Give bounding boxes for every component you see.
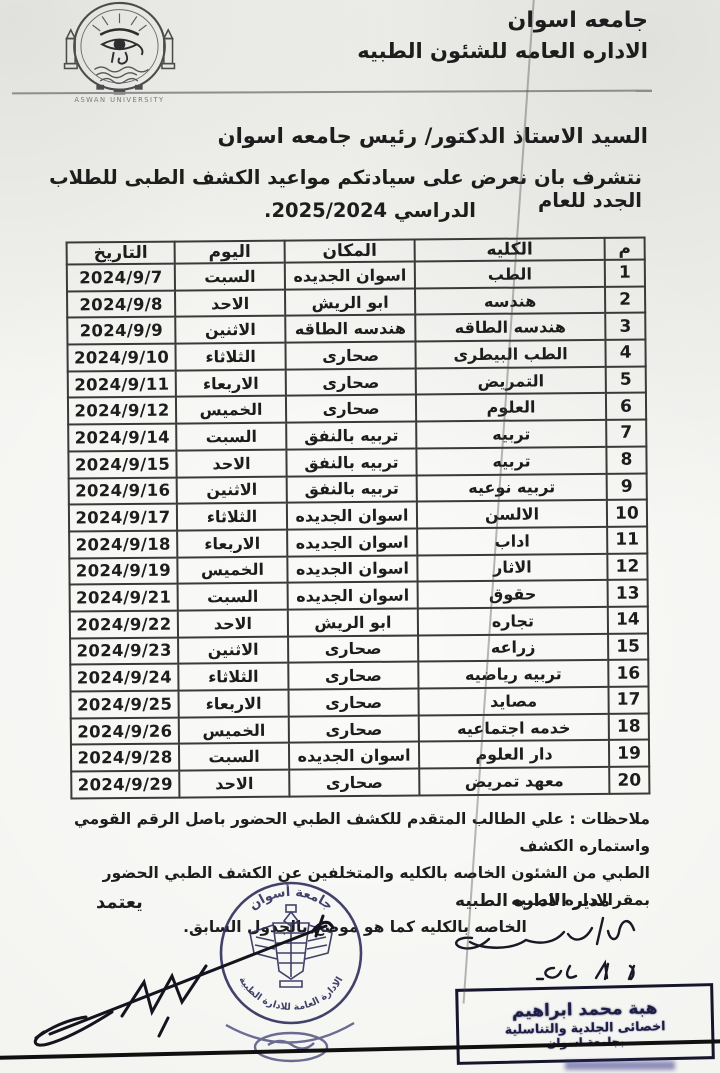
day-cell: الخميس [179,716,289,744]
row-number-cell: 11 [607,526,647,553]
row-number-cell: 15 [608,633,648,660]
letter-body-line2: الدراسي 2025/2024. [250,199,490,222]
scanned-letter-page: { "header": { "org_line1": "جامعه اسوان"… [0,0,720,1073]
row-number-cell: 13 [608,580,648,607]
row-number-cell: 10 [607,500,647,527]
college-cell: تجاره [418,607,608,635]
college-cell: خدمه اجتماعيه [419,714,609,742]
col-header-college: الكليه [415,238,605,262]
date-cell: 2024/9/19 [69,557,177,585]
row-number-cell: 5 [606,366,646,393]
college-cell: مصايد [418,687,608,715]
college-cell: حقوق [418,580,608,608]
row-number-cell: 4 [605,340,645,367]
day-cell: الخميس [177,556,287,584]
college-cell: تربيه [416,447,606,475]
row-number-cell: 18 [609,713,649,740]
place-cell: تربيه بالنفق [286,422,416,450]
place-cell: تربيه بالنفق [286,448,416,476]
college-cell: تربيه [416,420,606,448]
row-number-cell: 16 [608,660,648,687]
col-header-day: اليوم [175,241,285,264]
place-cell: اسوان الجديده [287,528,417,556]
date-cell: 2024/9/28 [71,744,179,772]
water-waves-icon [94,67,148,83]
college-cell: تربيه رياضيه [418,660,608,688]
place-cell: صحارى [289,715,419,743]
date-cell: 2024/9/9 [67,317,175,345]
day-cell: الاحد [178,610,288,638]
stamp-smudge [565,1061,675,1070]
row-number-cell: 1 [605,259,645,286]
day-cell: السبت [175,263,285,291]
date-cell: 2024/9/18 [69,530,177,558]
place-cell: صحارى [285,342,415,370]
org-header: جامعه اسوان الاداره العامه للشئون الطبيه [357,6,648,66]
date-cell: 2024/9/7 [67,264,175,292]
college-cell: الالسن [417,500,607,528]
date-cell: 2024/9/16 [69,477,177,505]
college-cell: الطب [415,260,605,288]
college-cell: الطب البيطرى [415,340,605,368]
day-cell: الاربعاء [178,690,288,718]
notes-line1: ملاحظات : علي الطالب المتقدم للكشف الطبي… [60,806,650,860]
schedule-table-wrap: م الكليه المكان اليوم التاريخ 1الطباسوان… [68,236,651,799]
letter-salutation: السيد الاستاذ الدكتور/ رئيس جامعه اسوان [218,124,648,148]
day-cell: الخميس [176,396,286,424]
date-cell: 2024/9/14 [68,424,176,452]
col-header-place: المكان [285,240,415,263]
day-cell: الاثنين [177,476,287,504]
place-cell: صحارى [286,368,416,396]
doctor-box-stamp: هبة محمد ابراهيم اخصائى الجلدية والتناسل… [455,983,715,1065]
row-number-cell: 7 [606,420,646,447]
medical-exam-schedule-table: م الكليه المكان اليوم التاريخ 1الطباسوان… [66,236,651,799]
row-number-cell: 8 [606,446,646,473]
place-cell: صحارى [289,769,419,797]
date-cell: 2024/9/21 [70,584,178,612]
college-cell: زراعه [418,633,608,661]
day-cell: الثلاثاء [178,663,288,691]
place-cell: اسوان الجديده [285,262,415,290]
col-header-date: التاريخ [67,242,175,265]
date-cell: 2024/9/12 [68,397,176,425]
row-number-cell: 20 [609,767,649,794]
row-number-cell: 6 [606,393,646,420]
college-cell: دار العلوم [419,740,609,768]
row-number-cell: 17 [608,686,648,713]
org-name: جامعه اسوان [357,6,648,36]
date-cell: 2024/9/17 [69,504,177,532]
place-cell: صحارى [288,688,418,716]
logo-caption: ASWAN UNIVERSITY [74,96,164,104]
place-cell: ابو الريش [288,608,418,636]
eye-of-horus-icon [100,29,142,63]
day-cell: الثلاثاء [177,503,287,531]
place-cell: اسوان الجديده [287,502,417,530]
date-cell: 2024/9/8 [67,290,175,318]
date-cell: 2024/9/25 [71,691,179,719]
row-number-cell: 2 [605,286,645,313]
date-cell: 2024/9/23 [70,637,178,665]
day-cell: الاربعاء [177,530,287,558]
college-cell: معهد تمريض [419,767,609,796]
day-cell: الاحد [175,289,285,317]
place-cell: ابو الريش [285,288,415,316]
date-cell: 2024/9/15 [68,450,176,478]
date-cell: 2024/9/26 [71,717,179,745]
row-number-cell: 12 [607,553,647,580]
place-cell: صحارى [288,635,418,663]
day-cell: الاثنين [178,636,288,664]
day-cell: الثلاثاء [175,343,285,371]
day-cell: السبت [179,743,289,771]
college-cell: الاثار [417,553,607,581]
date-cell: 2024/9/11 [68,370,176,398]
row-number-cell: 3 [605,313,645,340]
day-cell: الاربعاء [176,369,286,397]
date-cell: 2024/9/22 [70,611,178,639]
place-cell: اسوان الجديده [289,742,419,770]
place-cell: صحارى [286,395,416,423]
row-number-cell: 19 [609,740,649,767]
date-cell: 2024/9/24 [70,664,178,692]
day-cell: الاثنين [175,316,285,344]
day-cell: السبت [176,423,286,451]
date-cell: 2024/9/10 [67,344,175,372]
day-cell: الاحد [176,449,286,477]
table-row: 20معهد تمريضصحارىالاحد2024/9/29 [71,767,649,799]
date-cell: 2024/9/29 [71,771,179,799]
college-cell: تربيه نوعيه [417,473,607,501]
place-cell: صحارى [288,662,418,690]
president-signature [28,896,350,1054]
row-number-cell: 9 [607,473,647,500]
row-number-cell: 14 [608,606,648,633]
day-cell: السبت [178,583,288,611]
schedule-table-body: 1الطباسوان الجديدهالسبت2024/9/72هندسهابو… [67,259,650,798]
day-cell: الاحد [179,770,289,798]
col-header-number: م [605,237,645,259]
place-cell: اسوان الجديده [287,555,417,583]
place-cell: تربيه بالنفق [287,475,417,503]
college-cell: العلوم [416,393,606,421]
college-cell: التمريض [416,367,606,395]
org-department: الاداره العامه للشئون الطبيه [357,36,648,66]
place-cell: اسوان الجديده [288,582,418,610]
college-cell: اداب [417,527,607,555]
place-cell: هندسه الطاقه [285,315,415,343]
